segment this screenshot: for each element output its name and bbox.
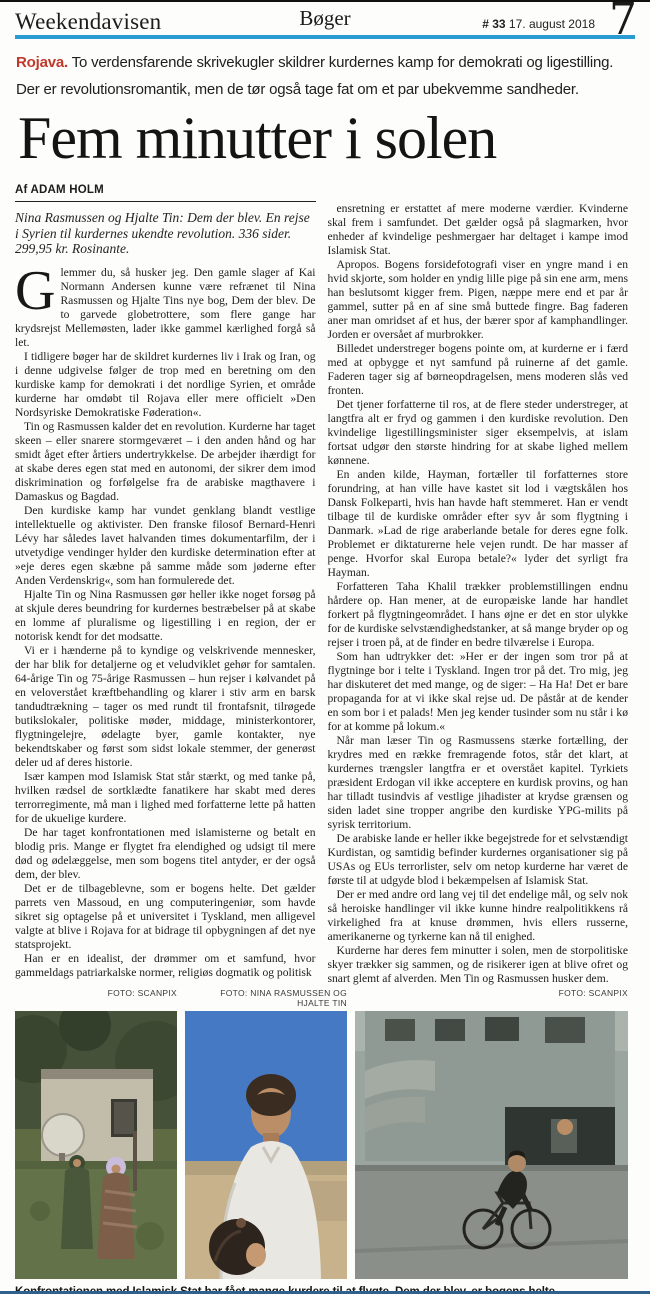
article-headline: Fem minutter i solen [18, 107, 635, 169]
section-title: Bøger [299, 6, 350, 31]
review-book-info: Nina Rasmussen og Hjalte Tin: Dem der bl… [15, 210, 316, 257]
photo-women-walking [15, 1011, 177, 1279]
body-paragraph: Det tjener forfatterne til ros, at de fl… [328, 398, 629, 468]
body-paragraph: Når man læser Tin og Rasmussens stærke f… [328, 734, 629, 832]
body-paragraph: Hjalte Tin og Nina Rasmussen gør heller … [15, 588, 316, 644]
opening-paragraph: Glemmer du, så husker jeg. Den gamle sla… [15, 266, 316, 350]
kicker: Rojava. [16, 54, 68, 71]
issue-number: # 33 [482, 17, 505, 31]
photo-cyclist-ruined-building [355, 1011, 628, 1279]
photo-credit-1: FOTO: SCANPIX [15, 988, 177, 1008]
body-paragraph: Der er med andre ord lang vej til det en… [328, 888, 629, 944]
left-paragraphs: I tidligere bøger har de skildret kurder… [15, 350, 316, 980]
issue-date: 17. august 2018 [509, 17, 595, 31]
body-paragraph: Kurderne har deres fem minutter i solen,… [328, 944, 629, 986]
byline: Af ADAM HOLM [15, 180, 316, 202]
body-left: Glemmer du, så husker jeg. Den gamle sla… [15, 266, 316, 980]
page-number: 7 [609, 0, 637, 42]
photo-credit-2: FOTO: NINA RASMUSSEN OG HJALTE TIN [185, 988, 347, 1008]
standfirst-text: To verdensfarende skrivekugler skildrer … [16, 54, 613, 98]
masthead: Weekendavisen Bøger # 33 17. august 2018… [15, 2, 635, 39]
standfirst: Rojava. To verdensfarende skrivekugler s… [16, 49, 625, 103]
right-paragraphs: ensretning er erstattet af mere moderne … [328, 202, 629, 986]
photo-man-holding-child [185, 1011, 347, 1279]
photo-credit-3: FOTO: SCANPIX [355, 988, 628, 1008]
body-paragraph: Den kurdiske kamp har vundet genklang bl… [15, 504, 316, 588]
body-paragraph: Som han udtrykker det: »Her er der ingen… [328, 650, 629, 734]
paper-name: Weekendavisen [15, 9, 305, 35]
photo-credits: FOTO: SCANPIX FOTO: NINA RASMUSSEN OG HJ… [15, 988, 628, 1008]
body-paragraph: Især kampen mod Islamisk Stat står stærk… [15, 770, 316, 826]
body-paragraph: Apropos. Bogens forsidefotografi viser e… [328, 258, 629, 342]
column-right: ensretning er erstattet af mere moderne … [328, 180, 629, 986]
body-paragraph: De arabiske lande er heller ikke begejst… [328, 832, 629, 888]
body-paragraph: Vi er i hænderne på to kyndige og velskr… [15, 644, 316, 770]
body-paragraph: En anden kilde, Hayman, fortæller til fo… [328, 468, 629, 580]
body-paragraph: Tin og Rasmussen kalder det en revolutio… [15, 420, 316, 504]
article-columns: Af ADAM HOLM Nina Rasmussen og Hjalte Ti… [15, 180, 628, 986]
body-paragraph: Forfatteren Taha Khalil trækker problems… [328, 580, 629, 650]
body-paragraph: I tidligere bøger har de skildret kurder… [15, 350, 316, 420]
newspaper-page: Weekendavisen Bøger # 33 17. august 2018… [0, 0, 650, 1294]
body-paragraph: Han er en idealist, der drømmer om et sa… [15, 952, 316, 980]
body-paragraph: ensretning er erstattet af mere moderne … [328, 202, 629, 258]
body-paragraph: De har taget konfrontationen med islamis… [15, 826, 316, 882]
column-left: Af ADAM HOLM Nina Rasmussen og Hjalte Ti… [15, 180, 316, 986]
drop-cap: G [15, 266, 60, 315]
body-paragraph: Billedet understreger bogens pointe om, … [328, 342, 629, 398]
photo-block: FOTO: SCANPIX FOTO: NINA RASMUSSEN OG HJ… [15, 988, 628, 1294]
opening-text: lemmer du, så husker jeg. Den gamle slag… [15, 266, 316, 349]
body-paragraph: Det er de tilbageblevne, som er bogens h… [15, 882, 316, 952]
